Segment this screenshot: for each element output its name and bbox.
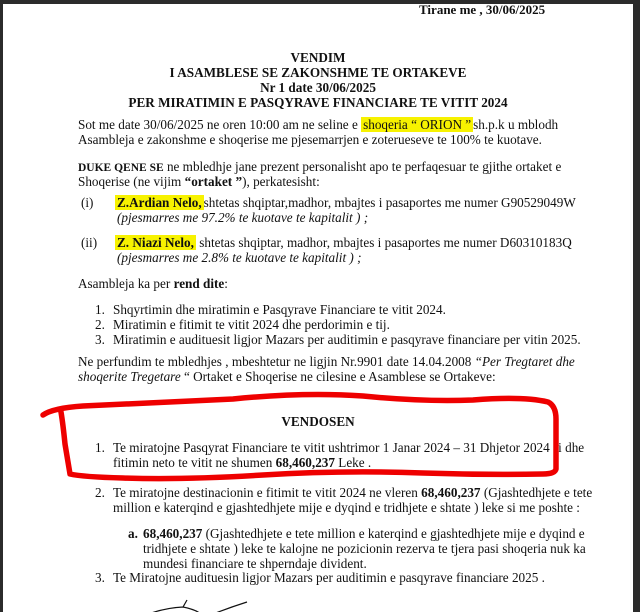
- duke-qene-text: ne mbledhje jane prezent personalisht ap…: [164, 159, 562, 174]
- shareholder-1-marker: (i): [81, 195, 93, 210]
- decision-1-currency: Leke .: [335, 455, 371, 470]
- decision-2-text: Te miratojne destinacionin e fitimit te …: [113, 485, 421, 500]
- duke-qene-line-2: Shoqerise (ne vijim “ortaket ”), perkate…: [78, 174, 320, 189]
- duke-qene-text-2c: ), perkatesisht:: [242, 174, 320, 189]
- decision-2a-line-2: tridhjete e shtate ) leke te kalojne ne …: [143, 541, 586, 556]
- decision-1-text: fitimin neto te vitit ne shumen: [113, 455, 276, 470]
- conclusion-line-1: Ne perfundim te mbledhjes , mbeshtetur n…: [78, 354, 575, 369]
- shareholder-1-share: (pjesmarres me 97.2% te kuotave te kapit…: [117, 210, 368, 225]
- conclusion-text-1: Ne perfundim te mbledhjes , mbeshtetur n…: [78, 354, 475, 369]
- decision-2-line-2: million e katerqind e gjashtedhjete mije…: [113, 500, 580, 515]
- reserve-amount: 68,460,237: [143, 526, 202, 541]
- agenda-item-1: Shqyrtimin dhe miratimin e Pasqyrave Fin…: [113, 302, 446, 317]
- agenda-item-1-num: 1.: [95, 302, 105, 317]
- decision-1-line-1: Te miratojne Pasqyrat Financiare te viti…: [113, 440, 584, 455]
- decisions-title: VENDOSEN: [3, 414, 633, 429]
- agenda-item-2: Miratimin e fitimit te vitit 2024 dhe pe…: [113, 317, 390, 332]
- conclusion-text-2: “ Ortaket e Shoqerise ne cilesine e Asam…: [181, 369, 496, 384]
- agenda-item-3: Miratimin e audituesit ligjor Mazars per…: [113, 332, 581, 347]
- duke-qene-text-2a: Shoqerise (ne vijim: [78, 174, 185, 189]
- decision-2a-line-3: mundesi financiare te shperndaje dividen…: [143, 556, 367, 571]
- agenda-item-2-num: 2.: [95, 317, 105, 332]
- shareholder-2-name: Z. Niazi Nelo,: [115, 235, 196, 250]
- intro-text-end: sh.p.k u mblodh: [473, 117, 558, 132]
- ortaket-term: “ortaket ”: [185, 174, 243, 189]
- decision-2a-text: (Gjashtedhjete e tete million e katerqin…: [202, 526, 584, 541]
- agenda-lead-text: Asambleja ka per: [78, 276, 174, 291]
- decision-2-words: (Gjashtedhjete e tete: [481, 485, 593, 500]
- decision-2-line-1: Te miratojne destinacionin e fitimit te …: [113, 485, 592, 500]
- agenda-lead-end: :: [224, 276, 228, 291]
- agenda-lead: Asambleja ka per rend dite:: [78, 276, 228, 291]
- conclusion-line-2: shoqerite Tregetare “ Ortaket e Shoqeris…: [78, 369, 496, 384]
- intro-line-1: Sot me date 30/06/2025 ne oren 10:00 am …: [78, 117, 558, 132]
- law-title: “Per Tregtaret dhe: [475, 354, 575, 369]
- decision-2-num: 2.: [95, 485, 105, 500]
- agenda-lead-bold: rend dite: [174, 276, 225, 291]
- intro-text: Sot me date 30/06/2025 ne oren 10:00 am …: [78, 117, 361, 132]
- profit-destination-amount: 68,460,237: [421, 485, 480, 500]
- shareholder-2-details: shtetas shqiptar, madhor, mbajtes i pasa…: [196, 235, 572, 250]
- shareholder-2-share: (pjesmarres me 2.8% te kuotave te kapita…: [117, 250, 362, 265]
- shareholder-1-details: shtetas shqiptar,madhor, mbajtes i pasap…: [204, 195, 576, 210]
- shareholder-1-name: Z.Ardian Nelo,: [115, 195, 204, 210]
- decision-1-line-2: fitimin neto te vitit ne shumen 68,460,2…: [113, 455, 371, 470]
- shareholder-1-line: Z.Ardian Nelo,shtetas shqiptar,madhor, m…: [115, 195, 576, 210]
- agenda-item-3-num: 3.: [95, 332, 105, 347]
- law-title-end: shoqerite Tregetare: [78, 369, 181, 384]
- shareholder-2-marker: (ii): [81, 235, 97, 250]
- company-name-highlight: shoqeria “ ORION ”: [361, 117, 473, 132]
- shareholder-2-line: Z. Niazi Nelo, shtetas shqiptar, madhor,…: [115, 235, 572, 250]
- title-assembly: I ASAMBLESE SE ZAKONSHME TE ORTAKEVE: [3, 65, 633, 80]
- title-number: Nr 1 date 30/06/2025: [3, 80, 633, 95]
- decision-3: Te Miratojne audituesin ligjor Mazars pe…: [113, 570, 545, 585]
- duke-qene-lead: DUKE QENE SE: [78, 162, 164, 174]
- decision-3-num: 3.: [95, 570, 105, 585]
- net-profit-amount: 68,460,237: [276, 455, 335, 470]
- title-vendim: VENDIM: [3, 50, 633, 65]
- intro-line-2: Asambleja e zakonshme e shoqerise me pje…: [78, 132, 542, 147]
- decision-2a-line-1: 68,460,237 (Gjashtedhjete e tete million…: [143, 526, 585, 541]
- place-date: Tirane me , 30/06/2025: [419, 2, 545, 17]
- decision-2a-marker: a.: [128, 526, 138, 541]
- title-subject: PER MIRATIMIN E PASQYRAVE FINANCIARE TE …: [3, 95, 633, 110]
- decision-1-num: 1.: [95, 440, 105, 455]
- document-page: Tirane me , 30/06/2025 VENDIM I ASAMBLES…: [3, 4, 633, 612]
